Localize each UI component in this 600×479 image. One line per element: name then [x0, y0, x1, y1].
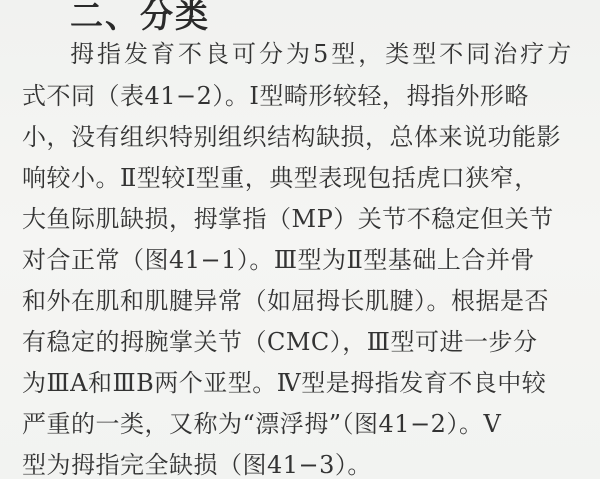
document-page: 二、分类 拇指发育不良可分为5型，类型不同治疗方 式不同（表41−2）。Ⅰ型畸形… — [0, 0, 600, 479]
paragraph-line: 大鱼际肌缺损，拇掌指（MP）关节不稳定但关节 — [22, 203, 554, 235]
paragraph-line: 和外在肌和肌腱异常（如屈拇长肌腱）。根据是否 — [22, 285, 549, 317]
paragraph-line: 小，没有组织特别组织结构缺损，总体来说功能影 — [22, 121, 561, 153]
paragraph-line: 严重的一类，又称为“漂浮拇”（图41−2）。Ⅴ — [22, 408, 501, 440]
paragraph-line: 有稳定的拇腕掌关节（CMC），Ⅲ型可进一步分 — [22, 326, 537, 358]
paragraph-line: 拇指发育不良可分为5型，类型不同治疗方 — [70, 38, 574, 70]
paragraph-line: 为ⅢA和ⅢB两个亚型。Ⅳ型是拇指发育不良中较 — [22, 367, 546, 399]
paragraph-line: 对合正常（图41−1）。Ⅲ型为Ⅱ型基础上合并骨 — [22, 244, 535, 276]
paragraph-line: 型为拇指完全缺损（图41−3）。 — [22, 449, 372, 479]
paragraph-line: 式不同（表41−2）。Ⅰ型畸形较轻，拇指外形略 — [22, 80, 529, 112]
paragraph-line: 响较小。Ⅱ型较Ⅰ型重，典型表现包括虎口狭窄， — [22, 162, 539, 194]
section-heading: 二、分类 — [70, 0, 210, 38]
